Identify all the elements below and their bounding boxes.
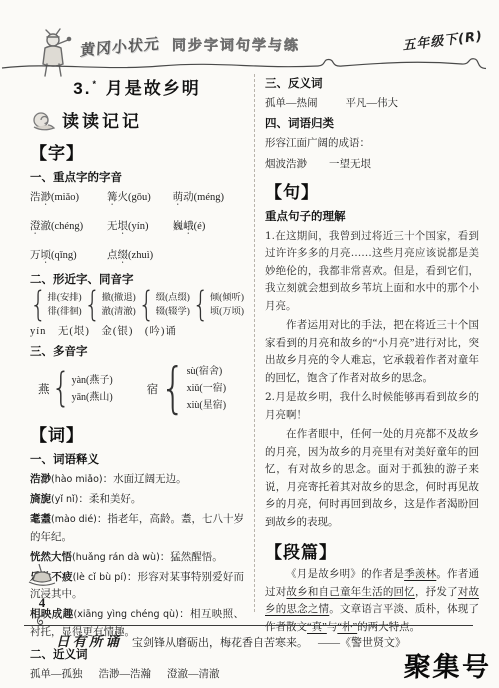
pinyin-item: 萌动(méng) (173, 189, 244, 208)
definition-word: 耄耋 (30, 513, 51, 525)
read-remember-banner: 读读记记 (30, 107, 244, 132)
definition-pinyin: (hào miǎo) (51, 474, 103, 485)
page-number: 4 (18, 595, 66, 611)
polyphone-reading: yàn(燕子) (72, 372, 113, 389)
synonym-pair: 孤单—孤独 (30, 666, 83, 681)
brace-icon: { (192, 287, 209, 322)
watermark: 聚集号 (403, 645, 493, 684)
homophone-line: yín 无(垠) 金(银) (吟)诵 (30, 323, 244, 338)
quote-sentence: 1.在这期间，我曾到过将近三十个国家，看到过许许多多的月亮……这些月亮应该说都是… (265, 228, 479, 316)
polyphone-char: 燕 (38, 381, 50, 397)
definitions-title: 一、词语释义 (30, 451, 244, 467)
footer-quote-source: ——《警世贤文》 (318, 634, 406, 650)
brace-icon: { (52, 368, 71, 409)
char-pair-item: 澈(清澈) (102, 305, 136, 319)
analysis-paragraph: 在作者眼中，任何一处的月亮都不及故乡的月亮，因为故乡的月亮里有对美好童年的回忆，… (265, 426, 479, 531)
page-header: 黄冈小状元 同步字词句学与练 五年级下(R) (0, 0, 499, 72)
lesson-title-text: 月是故乡明 (106, 79, 201, 98)
definition-pinyin: (lè cǐ bù pí) (73, 572, 127, 583)
polyphone-char: 宿 (147, 381, 159, 397)
polyphone-reading: xiǔ(一宿) (187, 380, 226, 397)
quote-sentence: 2.月是故乡明，我什么时候能够再看到故乡的月亮啊！ (265, 389, 479, 424)
brace-icon: { (84, 287, 101, 322)
definition: 浩渺(hào miǎo)：水面辽阔无边。 (30, 471, 244, 489)
column-divider (254, 74, 255, 612)
lesson-number: 3. (73, 79, 91, 98)
char-pair-item: 缀(点缀) (156, 291, 190, 305)
brace-group: { 撤(撤退) 澈(清澈) (84, 291, 136, 319)
pinyin-item: 巍峨(é) (173, 218, 244, 237)
pinyin-item: 浩渺(miǎo) (30, 189, 107, 208)
sentences-subtitle: 重点句子的理解 (265, 208, 479, 224)
lesson-star-mark: * (92, 79, 98, 89)
antonym-pair: 平凡—伟大 (346, 95, 399, 110)
antonyms-title: 三、反义词 (265, 75, 479, 91)
brace-group: { 倾(倾听) 顷(万顷) (192, 291, 244, 319)
section-heading-ju: 【句】 (265, 178, 479, 203)
analysis-paragraph: 作者运用对比的手法，把在将近三十个国家看到的月亮和故乡的“小月亮”进行对比，突出… (265, 317, 479, 387)
pinyin-item: 点缀(zhuì) (107, 247, 173, 266)
idiom-item: 烟波浩渺 (265, 156, 307, 171)
antonym-pair: 孤单—热闹 (265, 95, 318, 110)
definition-word: 旖旎 (30, 493, 51, 505)
categorize-words: 烟波浩渺 一望无垠 (265, 156, 479, 171)
footer: 日有所诵 宝剑锋从磨砺出，梅花香自苦寒来。 ——《警世贤文》 (56, 630, 406, 650)
footer-rule (24, 625, 473, 626)
footer-brand: 日有所诵 (56, 630, 122, 650)
footer-quote: 宝剑锋从磨砺出，梅花香自苦寒来。 (132, 634, 308, 650)
similar-chars-row: { 排(安排) 徘(徘徊) { 撤(撤退) 澈(清澈) { (30, 291, 244, 319)
read-remember-label: 读读记记 (62, 107, 142, 132)
polyphone-group: 宿 { sù(宿舍) xiǔ(一宿) xiù(星宿) (147, 363, 226, 414)
char-pair-item: 辍(辍学) (156, 305, 190, 319)
snail-icon (30, 110, 56, 132)
idiom-item: 一望无垠 (329, 156, 371, 171)
polyphone-row: 燕 { yàn(燕子) yān(燕山) 宿 { sù(宿舍) xiǔ(一宿) x… (38, 363, 244, 414)
pinyin-item: 澄澈(chéng) (30, 218, 107, 237)
brace-icon: { (138, 287, 155, 322)
brace-group: { 排(安排) 徘(徘徊) (30, 291, 82, 319)
char-pair-item: 徘(徘徊) (48, 305, 82, 319)
definition-pinyin: (huǎng rán dà wù) (72, 552, 160, 563)
definition-text: ：猛然醒悟。 (160, 552, 223, 563)
left-column: 3.* 月是故乡明 读读记记 【字】 一、重点字的字音 浩渺(miǎo) 篝火(… (30, 70, 252, 612)
brace-icon: { (160, 362, 185, 416)
ink-bottle-icon (25, 562, 59, 588)
definition: 旖旎(yǐ nǐ)：柔和美好。 (30, 491, 244, 509)
polyphone-reading: yān(燕山) (72, 389, 113, 406)
page-number-area: 4 (18, 562, 66, 632)
lesson-title: 3.* 月是故乡明 (30, 74, 244, 99)
pinyin-item: 篝火(gōu) (107, 189, 173, 208)
polyphone-group: 燕 { yàn(燕子) yān(燕山) (38, 363, 113, 414)
definition-word: 浩渺 (30, 473, 51, 485)
definition-text: ：水面辽阔无边。 (103, 474, 187, 485)
content-columns: 3.* 月是故乡明 读读记记 【字】 一、重点字的字音 浩渺(miǎo) 篝火(… (30, 70, 479, 612)
section-heading-zi: 【字】 (30, 139, 244, 164)
pronunciation-grid: 浩渺(miǎo) 篝火(gōu) 萌动(méng) 澄澈(chéng) 无垠(y… (30, 189, 244, 266)
right-column: 三、反义词 孤单—热闹 平凡—伟大 四、词语归类 形容江面广阔的成语： 烟波浩渺… (257, 70, 479, 612)
synonyms-line: 孤单—孤独 浩渺—浩瀚 澄澈—清澈 (30, 666, 244, 681)
definition: 耄耋(mào dié)：指老年，高龄。耋，七八十岁的年纪。 (30, 511, 244, 546)
definition-word: 恍然大悟 (30, 551, 72, 563)
polyphone-reading: sù(宿舍) (187, 363, 226, 380)
brace-icon: { (30, 287, 47, 322)
definition-text: ：柔和美好。 (78, 494, 141, 505)
synonym-pair: 澄澈—清澈 (167, 666, 220, 681)
workbook-page: 黄冈小状元 同步字词句学与练 五年级下(R) 3.* 月是故乡明 (0, 0, 499, 688)
definition-pinyin: (yǐ nǐ) (51, 494, 78, 505)
synonym-pair: 浩渺—浩瀚 (99, 666, 152, 681)
brace-group: { 缀(点缀) 辍(辍学) (138, 291, 190, 319)
char-pair-item: 撤(撤退) (102, 291, 136, 305)
pinyin-item: 无垠(yín) (107, 218, 173, 237)
section-heading-ci: 【词】 (30, 421, 244, 446)
definition-pinyin: (xiāng yìng chéng qù) (74, 609, 179, 620)
antonyms-line: 孤单—热闹 平凡—伟大 (265, 95, 479, 110)
char-pair-item: 顷(万顷) (210, 305, 244, 319)
pronunciation-title: 一、重点字的字音 (30, 169, 244, 185)
polyphone-reading: xiù(星宿) (187, 397, 226, 414)
pinyin-item (173, 247, 244, 266)
categorize-description: 形容江面广阔的成语： (265, 135, 479, 153)
pinyin-item: 万顷(qǐng) (30, 247, 107, 266)
grade-badge: 五年级下(R) (401, 25, 484, 54)
polyphone-title: 三、多音字 (30, 343, 244, 359)
similar-chars-title: 二、形近字、同音字 (30, 271, 244, 287)
section-heading-pian: 【段篇】 (265, 538, 479, 563)
char-pair-item: 排(安排) (48, 291, 82, 305)
char-pair-item: 倾(倾听) (210, 291, 244, 305)
categorize-title: 四、词语归类 (265, 115, 479, 131)
definition-pinyin: (mào dié) (51, 514, 97, 525)
